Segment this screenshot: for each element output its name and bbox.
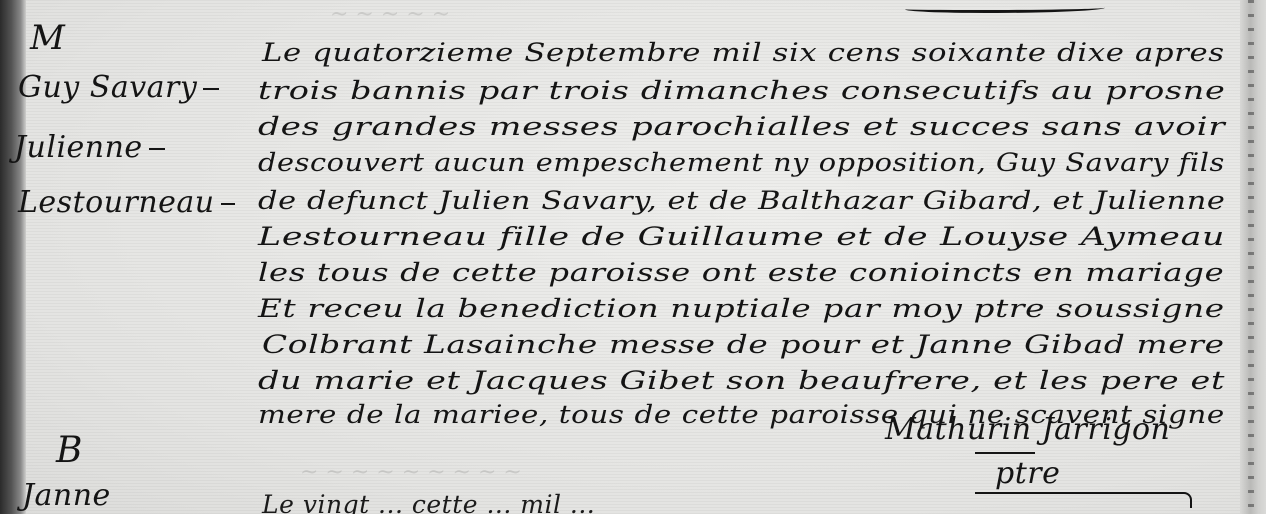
signature-overline (975, 452, 1035, 454)
signature-flourish (975, 492, 1192, 508)
margin-groom-name: Guy Savary (18, 70, 219, 105)
signature-title: ptre (995, 456, 1060, 491)
bleed-through: ~ ~ ~ ~ ~ ~ ~ ~ ~ (300, 460, 522, 485)
body-line-2: trois bannis par trois dimanches consecu… (258, 76, 1225, 105)
margin-bride-first: Julienne (14, 130, 165, 165)
body-line-10: du marie et Jacques Gibet son beaufrere,… (258, 366, 1225, 395)
next-entry-start: Le vingt ... cette ... mil ... (262, 490, 595, 514)
next-entry-name: Janne (22, 478, 111, 513)
next-entry-mark: B (56, 430, 83, 471)
body-line-3: des grandes messes parochialles et succe… (258, 112, 1225, 141)
body-line-1: Le quatorzieme Septembre mil six cens so… (262, 38, 1225, 67)
bride-last-name: Lestourneau (18, 185, 215, 220)
dash (203, 88, 219, 90)
dash (149, 148, 165, 150)
margin-bride-last: Lestourneau (18, 185, 235, 220)
body-line-4: descouvert aucun empeschement ny opposit… (258, 148, 1225, 177)
dash (221, 203, 235, 205)
page-edge (1240, 0, 1266, 514)
body-line-8: Et receu la benediction nuptiale par moy… (258, 294, 1225, 323)
body-line-9: Colbrant Lasainche messe de pour et Jann… (262, 330, 1225, 359)
bride-first-name: Julienne (14, 130, 143, 165)
body-line-5: de defunct Julien Savary, et de Balthaza… (258, 186, 1225, 215)
margin-mark: M (30, 18, 65, 58)
body-line-7: les tous de cette paroisse ont este coni… (258, 258, 1224, 287)
body-line-6: Lestourneau fille de Guillaume et de Lou… (258, 222, 1225, 251)
bleed-through: ~ ~ ~ ~ ~ (330, 2, 450, 27)
signature-name: Mathurin Jarrigon (885, 412, 1170, 447)
groom-name: Guy Savary (18, 70, 197, 105)
